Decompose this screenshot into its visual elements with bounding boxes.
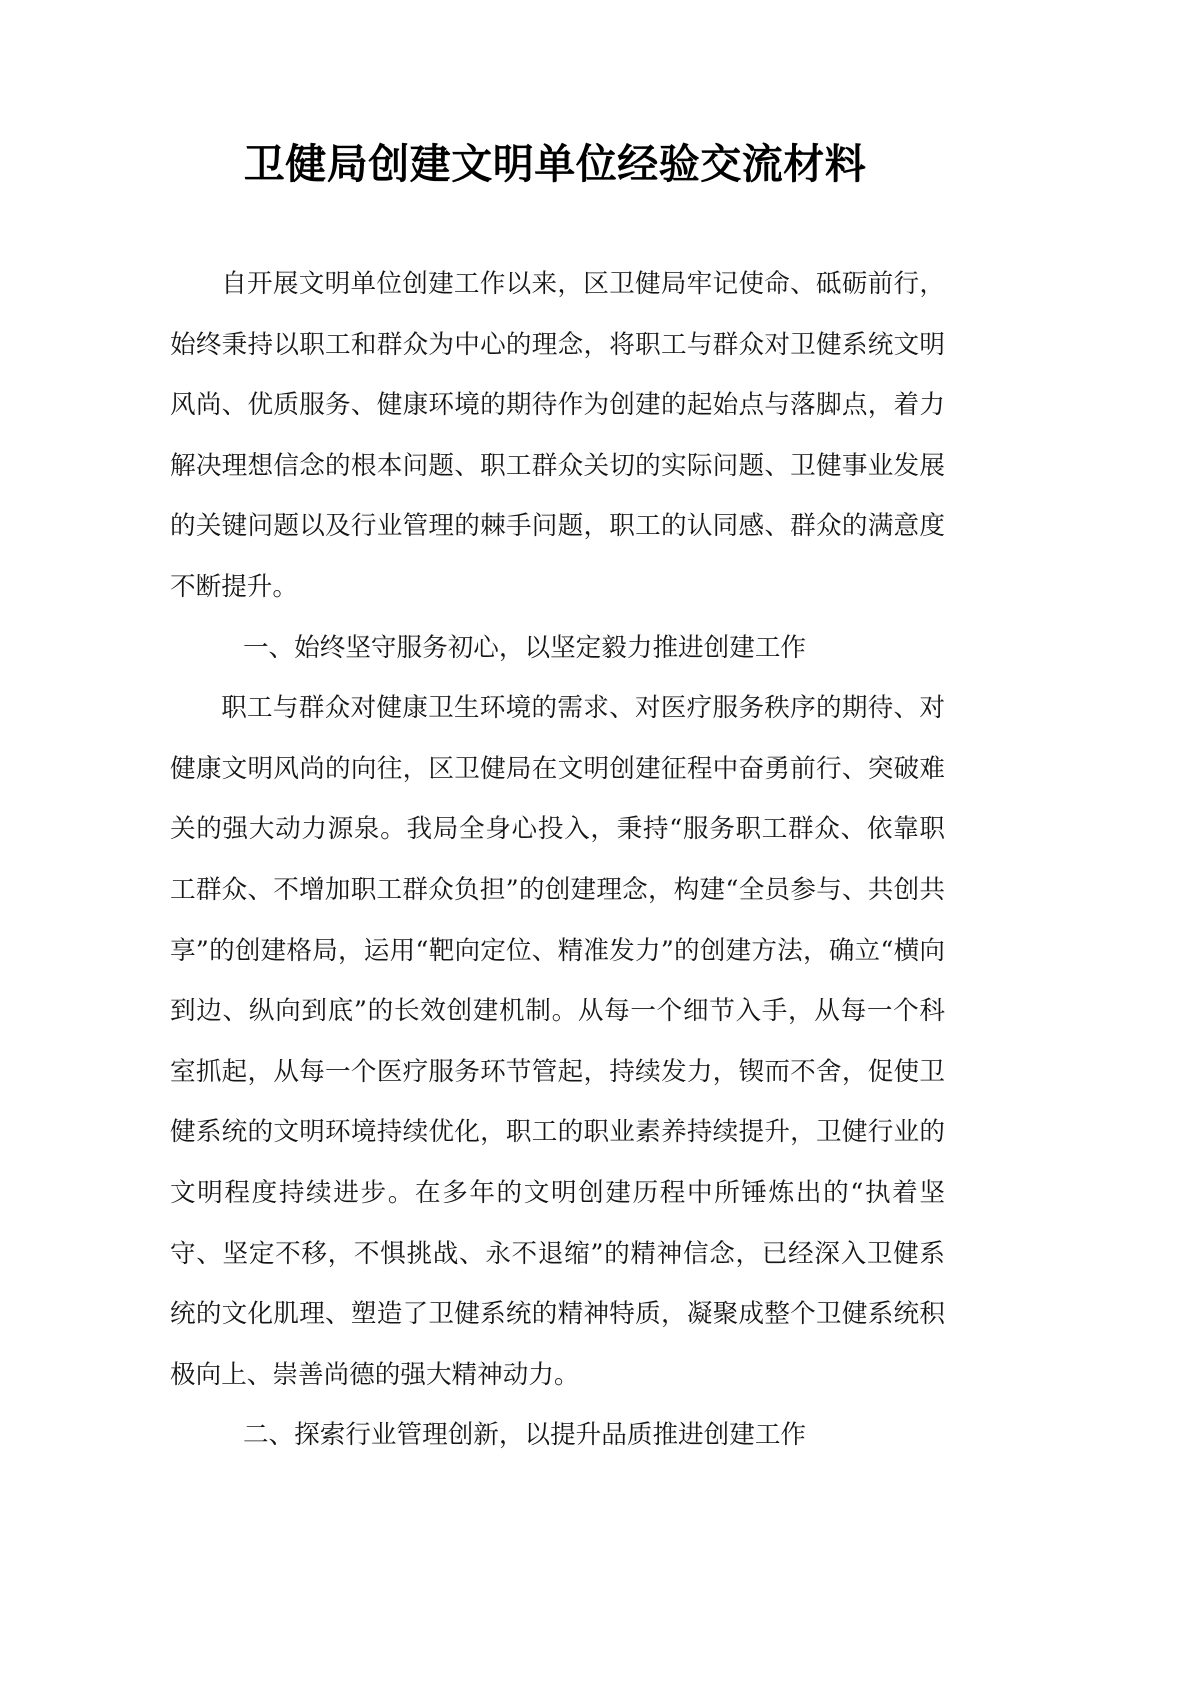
section-heading-1: 一、始终坚守服务初心，以坚定毅力推进创建工作 (170, 618, 945, 679)
document-body: 自开展文明单位创建工作以来，区卫健局牢记使命、砥砺前行，始终秉持以职工和群众为中… (170, 254, 945, 1466)
section-1-paragraph: 职工与群众对健康卫生环境的需求、对医疗服务秩序的期待、对健康文明风尚的向往，区卫… (170, 678, 945, 1405)
document-title: 卫健局创建文明单位经验交流材料 (0, 136, 1110, 192)
intro-paragraph: 自开展文明单位创建工作以来，区卫健局牢记使命、砥砺前行，始终秉持以职工和群众为中… (170, 254, 945, 618)
section-heading-2: 二、探索行业管理创新，以提升品质推进创建工作 (170, 1405, 945, 1466)
document-page: 卫健局创建文明单位经验交流材料 自开展文明单位创建工作以来，区卫健局牢记使命、砥… (0, 0, 1190, 1683)
